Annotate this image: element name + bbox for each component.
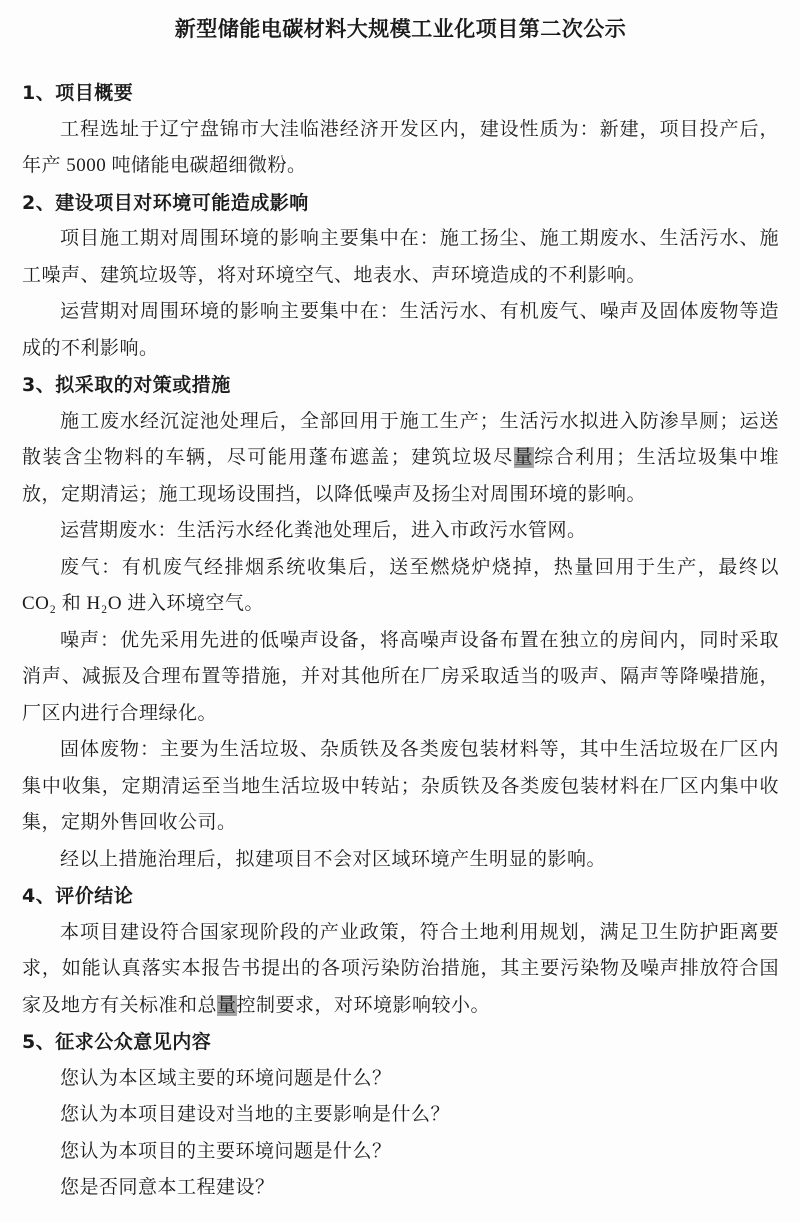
paragraph: 项目施工期对周围环境的影响主要集中在：施工扬尘、施工期废水、生活污水、施工噪声、… (22, 221, 779, 294)
section-heading: 1、项目概要 (22, 75, 779, 112)
paragraph: 经以上措施治理后，拟建项目不会对区域环境产生明显的影响。 (22, 842, 779, 879)
paragraph: 施工废水经沉淀池处理后，全部回用于施工生产；生活污水拟进入防渗旱厕；运送散装含尘… (22, 404, 779, 514)
paragraph: 运营期废水：生活污水经化粪池处理后，进入市政污水管网。 (22, 513, 779, 550)
paragraph: 运营期对周围环境的影响主要集中在：生活污水、有机废气、噪声及固体废物等造成的不利… (22, 294, 779, 367)
text-run: 您认为本项目的主要环境问题是什么？ (60, 1141, 392, 1162)
text-run: 您认为本区域主要的环境问题是什么？ (60, 1068, 392, 1089)
text-run: 工程选址于辽宁盘锦市大洼临港经济开发区内，建设性质为：新建，项目投产后，年产 5… (22, 119, 779, 177)
document-page: 新型储能电碳材料大规模工业化项目第二次公示 1、项目概要工程选址于辽宁盘锦市大洼… (0, 0, 800, 1222)
text-run: 运营期废水：生活污水经化粪池处理后，进入市政污水管网。 (60, 520, 587, 541)
paragraph: 固体废物：主要为生活垃圾、杂质铁及各类废包装材料等，其中生活垃圾在厂区内集中收集… (22, 732, 779, 842)
paragraph: 您认为本区域主要的环境问题是什么？ (22, 1061, 779, 1098)
paragraph: 噪声：优先采用先进的低噪声设备，将高噪声设备布置在独立的房间内，同时采取消声、减… (22, 623, 779, 733)
text-run: 控制要求，对环境影响较小。 (237, 995, 491, 1016)
paragraph: 您是否同意本工程建设？ (22, 1170, 779, 1207)
highlighted-text: 量 (514, 447, 535, 468)
text-run: 固体废物：主要为生活垃圾、杂质铁及各类废包装材料等，其中生活垃圾在厂区内集中收集… (22, 739, 779, 833)
text-run: 您认为本项目建设对当地的主要影响是什么？ (60, 1104, 450, 1125)
section-heading: 5、征求公众意见内容 (22, 1024, 779, 1061)
text-run: 废气：有机废气经排烟系统收集后，送至燃烧炉烧掉，热量回用于生产，最终以 CO₂ … (22, 557, 779, 615)
paragraph: 本项目建设符合国家现阶段的产业政策，符合土地利用规划，满足卫生防护距离要求，如能… (22, 915, 779, 1025)
text-run: 噪声：优先采用先进的低噪声设备，将高噪声设备布置在独立的房间内，同时采取消声、减… (22, 630, 779, 724)
text-run: 运营期对周围环境的影响主要集中在：生活污水、有机废气、噪声及固体废物等造成的不利… (22, 301, 779, 359)
text-run: 您是否同意本工程建设？ (60, 1177, 275, 1198)
document-sections: 1、项目概要工程选址于辽宁盘锦市大洼临港经济开发区内，建设性质为：新建，项目投产… (22, 75, 779, 1207)
page-title: 新型储能电碳材料大规模工业化项目第二次公示 (22, 12, 779, 46)
paragraph: 您认为本项目的主要环境问题是什么？ (22, 1134, 779, 1171)
section-heading: 4、评价结论 (22, 878, 779, 915)
section-heading: 2、建设项目对环境可能造成影响 (22, 185, 779, 222)
paragraph: 工程选址于辽宁盘锦市大洼临港经济开发区内，建设性质为：新建，项目投产后，年产 5… (22, 112, 779, 185)
text-run: 经以上措施治理后，拟建项目不会对区域环境产生明显的影响。 (60, 849, 606, 870)
highlighted-text: 量 (217, 995, 237, 1016)
text-run: 项目施工期对周围环境的影响主要集中在：施工扬尘、施工期废水、生活污水、施工噪声、… (22, 228, 779, 286)
paragraph: 您认为本项目建设对当地的主要影响是什么？ (22, 1097, 779, 1134)
section-heading: 3、拟采取的对策或措施 (22, 367, 779, 404)
paragraph: 废气：有机废气经排烟系统收集后，送至燃烧炉烧掉，热量回用于生产，最终以 CO₂ … (22, 550, 779, 623)
